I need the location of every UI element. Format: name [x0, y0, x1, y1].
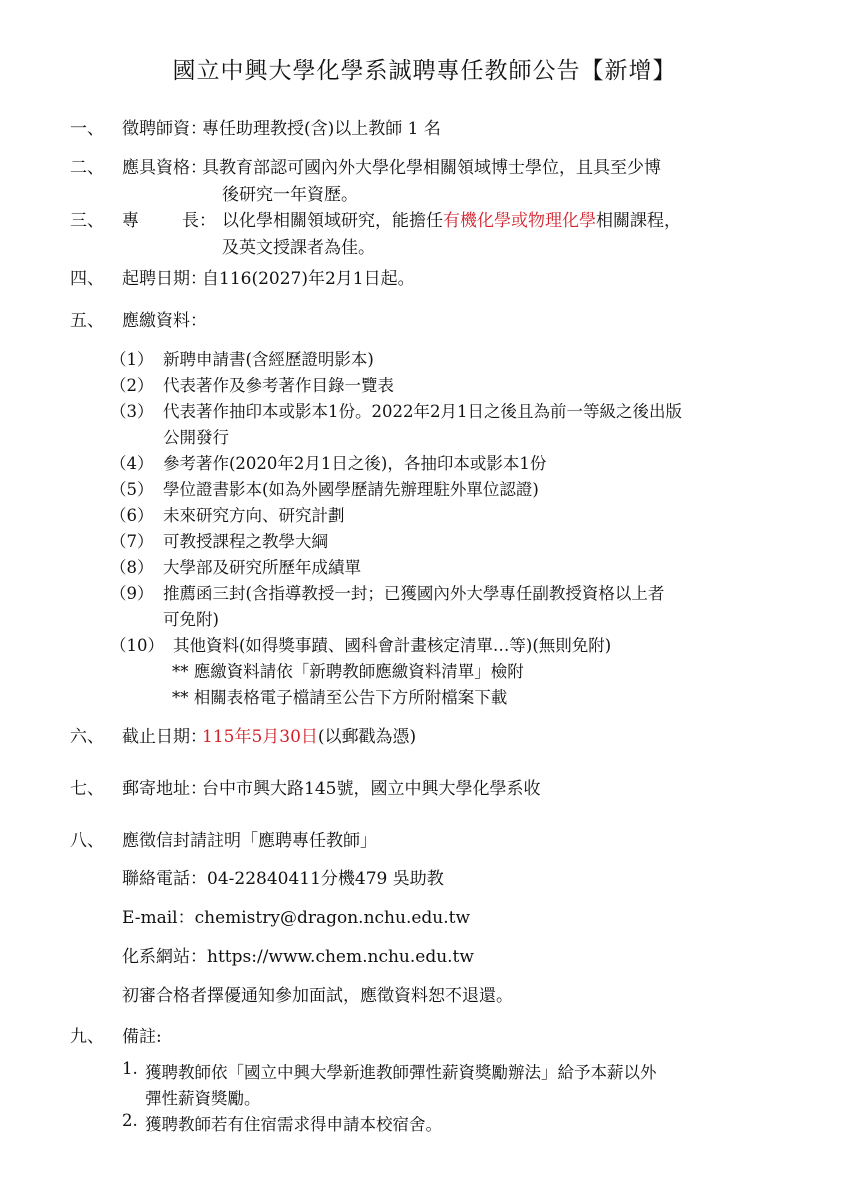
section-number: 四、 — [70, 264, 104, 289]
section-text: 115年5月30日(以郵戳為憑) — [202, 722, 416, 747]
remark-number: 2. — [122, 1111, 138, 1130]
list-item: 代表著作及參考著作目錄一覽表 — [163, 372, 394, 396]
section-label: 徵聘師資： — [122, 114, 207, 139]
list-item-cont: 公開發行 — [163, 424, 229, 448]
section-label-b: 長： — [182, 206, 216, 231]
section-text: 專任助理教授(含)以上教師 1 名 — [202, 114, 441, 139]
section-label: 備註: — [122, 1022, 162, 1047]
section-text: 以化學相關領域研究，能擔任有機化學或物理化學相關課程， — [222, 206, 681, 231]
list-item-number: （4） — [110, 450, 154, 474]
section-number: 五、 — [70, 306, 104, 331]
list-item: 推薦函三封(含指導教授一封；已獲國內外大學專任副教授資格以上者 — [163, 580, 664, 604]
list-item: 其他資料(如得獎事蹟、國科會計畫核定清單…等)(無則免附) — [173, 632, 611, 656]
list-item: 參考著作(2020年2月1日之後)，各抽印本或影本1份 — [163, 450, 546, 474]
section-label-a: 專 — [122, 206, 139, 231]
remark-number: 1. — [122, 1059, 138, 1078]
list-item: 學位證書影本(如為外國學歷請先辦理駐外單位認證) — [163, 476, 539, 500]
list-item-number: （5） — [110, 476, 154, 500]
list-item-number: （2） — [110, 372, 154, 396]
section-number: 七、 — [70, 774, 104, 799]
section-text: 具教育部認可國內外大學化學相關領域博士學位，且具至少博 — [202, 153, 661, 178]
interview-notice: 初審合格者擇優通知參加面試，應徵資料恕不退還。 — [122, 981, 513, 1006]
text-pre: 以化學相關領域研究，能擔任 — [222, 211, 443, 231]
section-number: 九、 — [70, 1022, 104, 1047]
section-label: 應具資格： — [122, 153, 207, 178]
section-text: 應徵信封請註明「應聘專任教師」 — [122, 826, 377, 851]
remark-item: 獲聘教師依「國立中興大學新進教師彈性薪資獎勵辦法」給予本薪以外 — [145, 1059, 657, 1083]
note: ** 相關表格電子檔請至公告下方所附檔案下載 — [172, 684, 507, 708]
remark-item-cont: 彈性薪資獎勵。 — [145, 1085, 261, 1109]
list-item: 未來研究方向、研究計劃 — [163, 502, 345, 526]
list-item: 大學部及研究所歷年成績單 — [163, 554, 361, 578]
contact-email[interactable]: E-mail：chemistry@dragon.nchu.edu.tw — [122, 903, 470, 928]
section-text-cont: 及英文授課者為佳。 — [222, 233, 375, 258]
section-label: 截止日期： — [122, 722, 207, 747]
highlighted-subjects: 有機化學或物理化學 — [443, 211, 596, 231]
section-number: 二、 — [70, 153, 104, 178]
contact-phone: 聯絡電話：04-22840411分機479 吳助教 — [122, 864, 444, 889]
section-label: 應繳資料： — [122, 306, 207, 331]
section-number: 一、 — [70, 114, 104, 139]
section-number: 三、 — [70, 206, 104, 231]
list-item-number: （3） — [110, 398, 154, 422]
list-item: 代表著作抽印本或影本1份。2022年2月1日之後且為前一等級之後出版 — [163, 398, 682, 422]
section-label: 起聘日期： — [122, 264, 207, 289]
mailing-address: 台中市興大路145號，國立中興大學化學系收 — [202, 774, 540, 799]
list-item: 新聘申請書(含經歷證明影本) — [163, 346, 374, 370]
list-item-number: （1） — [110, 346, 154, 370]
list-item: 可教授課程之教學大綱 — [163, 528, 328, 552]
text-post: 相關課程， — [596, 211, 681, 231]
section-text: 自116(2027)年2月1日起。 — [202, 264, 415, 289]
department-website[interactable]: 化系網站：https://www.chem.nchu.edu.tw — [122, 942, 474, 967]
list-item-number: （10） — [110, 632, 164, 656]
section-number: 八、 — [70, 826, 104, 851]
section-label: 郵寄地址： — [122, 774, 207, 799]
list-item-number: （7） — [110, 528, 154, 552]
section-text-cont: 後研究一年資歷。 — [222, 180, 358, 205]
deadline-date: 115年5月30日 — [202, 727, 318, 747]
section-number: 六、 — [70, 722, 104, 747]
list-item-number: （9） — [110, 580, 154, 604]
page-title: 國立中興大學化學系誠聘專任教師公告【新增】 — [0, 52, 849, 85]
list-item-cont: 可免附) — [163, 606, 219, 630]
remark-item: 獲聘教師若有住宿需求得申請本校宿舍。 — [145, 1111, 442, 1135]
list-item-number: （8） — [110, 554, 154, 578]
list-item-number: （6） — [110, 502, 154, 526]
note: ** 應繳資料請依「新聘教師應繳資料清單」檢附 — [172, 658, 524, 682]
deadline-note: (以郵戳為憑) — [318, 727, 416, 747]
